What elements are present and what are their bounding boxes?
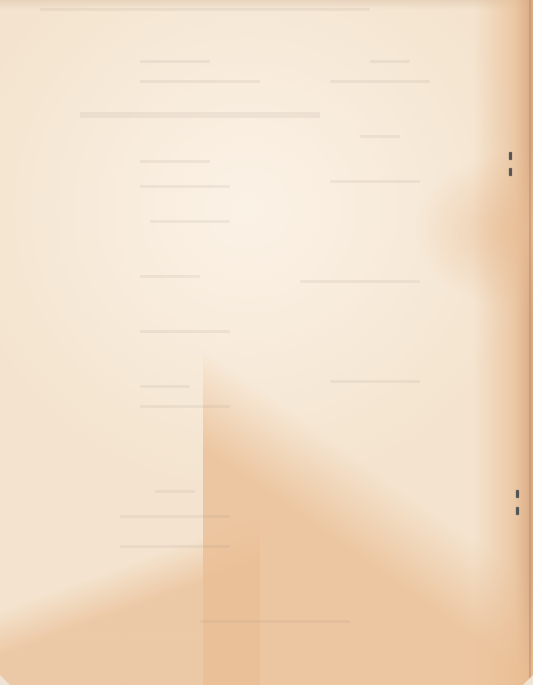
bleed-through-line [80,112,320,118]
staple-hole [516,490,519,498]
paper-page [0,0,533,685]
bleed-through-line [150,220,230,223]
bleed-through-line [120,515,230,518]
bleed-through-line [330,180,420,183]
bleed-through-line [330,80,430,83]
right-stain [413,150,533,310]
page-edge [529,0,531,685]
staple-hole [509,168,512,176]
bleed-through-line [140,185,230,188]
bleed-through-line [370,60,410,63]
bleed-through-line [140,405,230,408]
bottom-right-stain [203,355,533,685]
bleed-through-line [200,620,350,623]
staple-hole [509,152,512,160]
bleed-through-line [300,280,420,283]
bleed-through-line [140,330,230,333]
bleed-through-line [40,8,370,11]
staple-hole [516,507,519,515]
bleed-through-line [155,490,195,493]
bleed-through-line [140,60,210,63]
bleed-through-line [140,80,260,83]
bleed-through-line [140,160,210,163]
bleed-through-line [330,380,420,383]
bleed-through-line [140,275,200,278]
bleed-through-line [120,545,230,548]
bleed-through-line [140,385,190,388]
bleed-through-line [360,135,400,138]
